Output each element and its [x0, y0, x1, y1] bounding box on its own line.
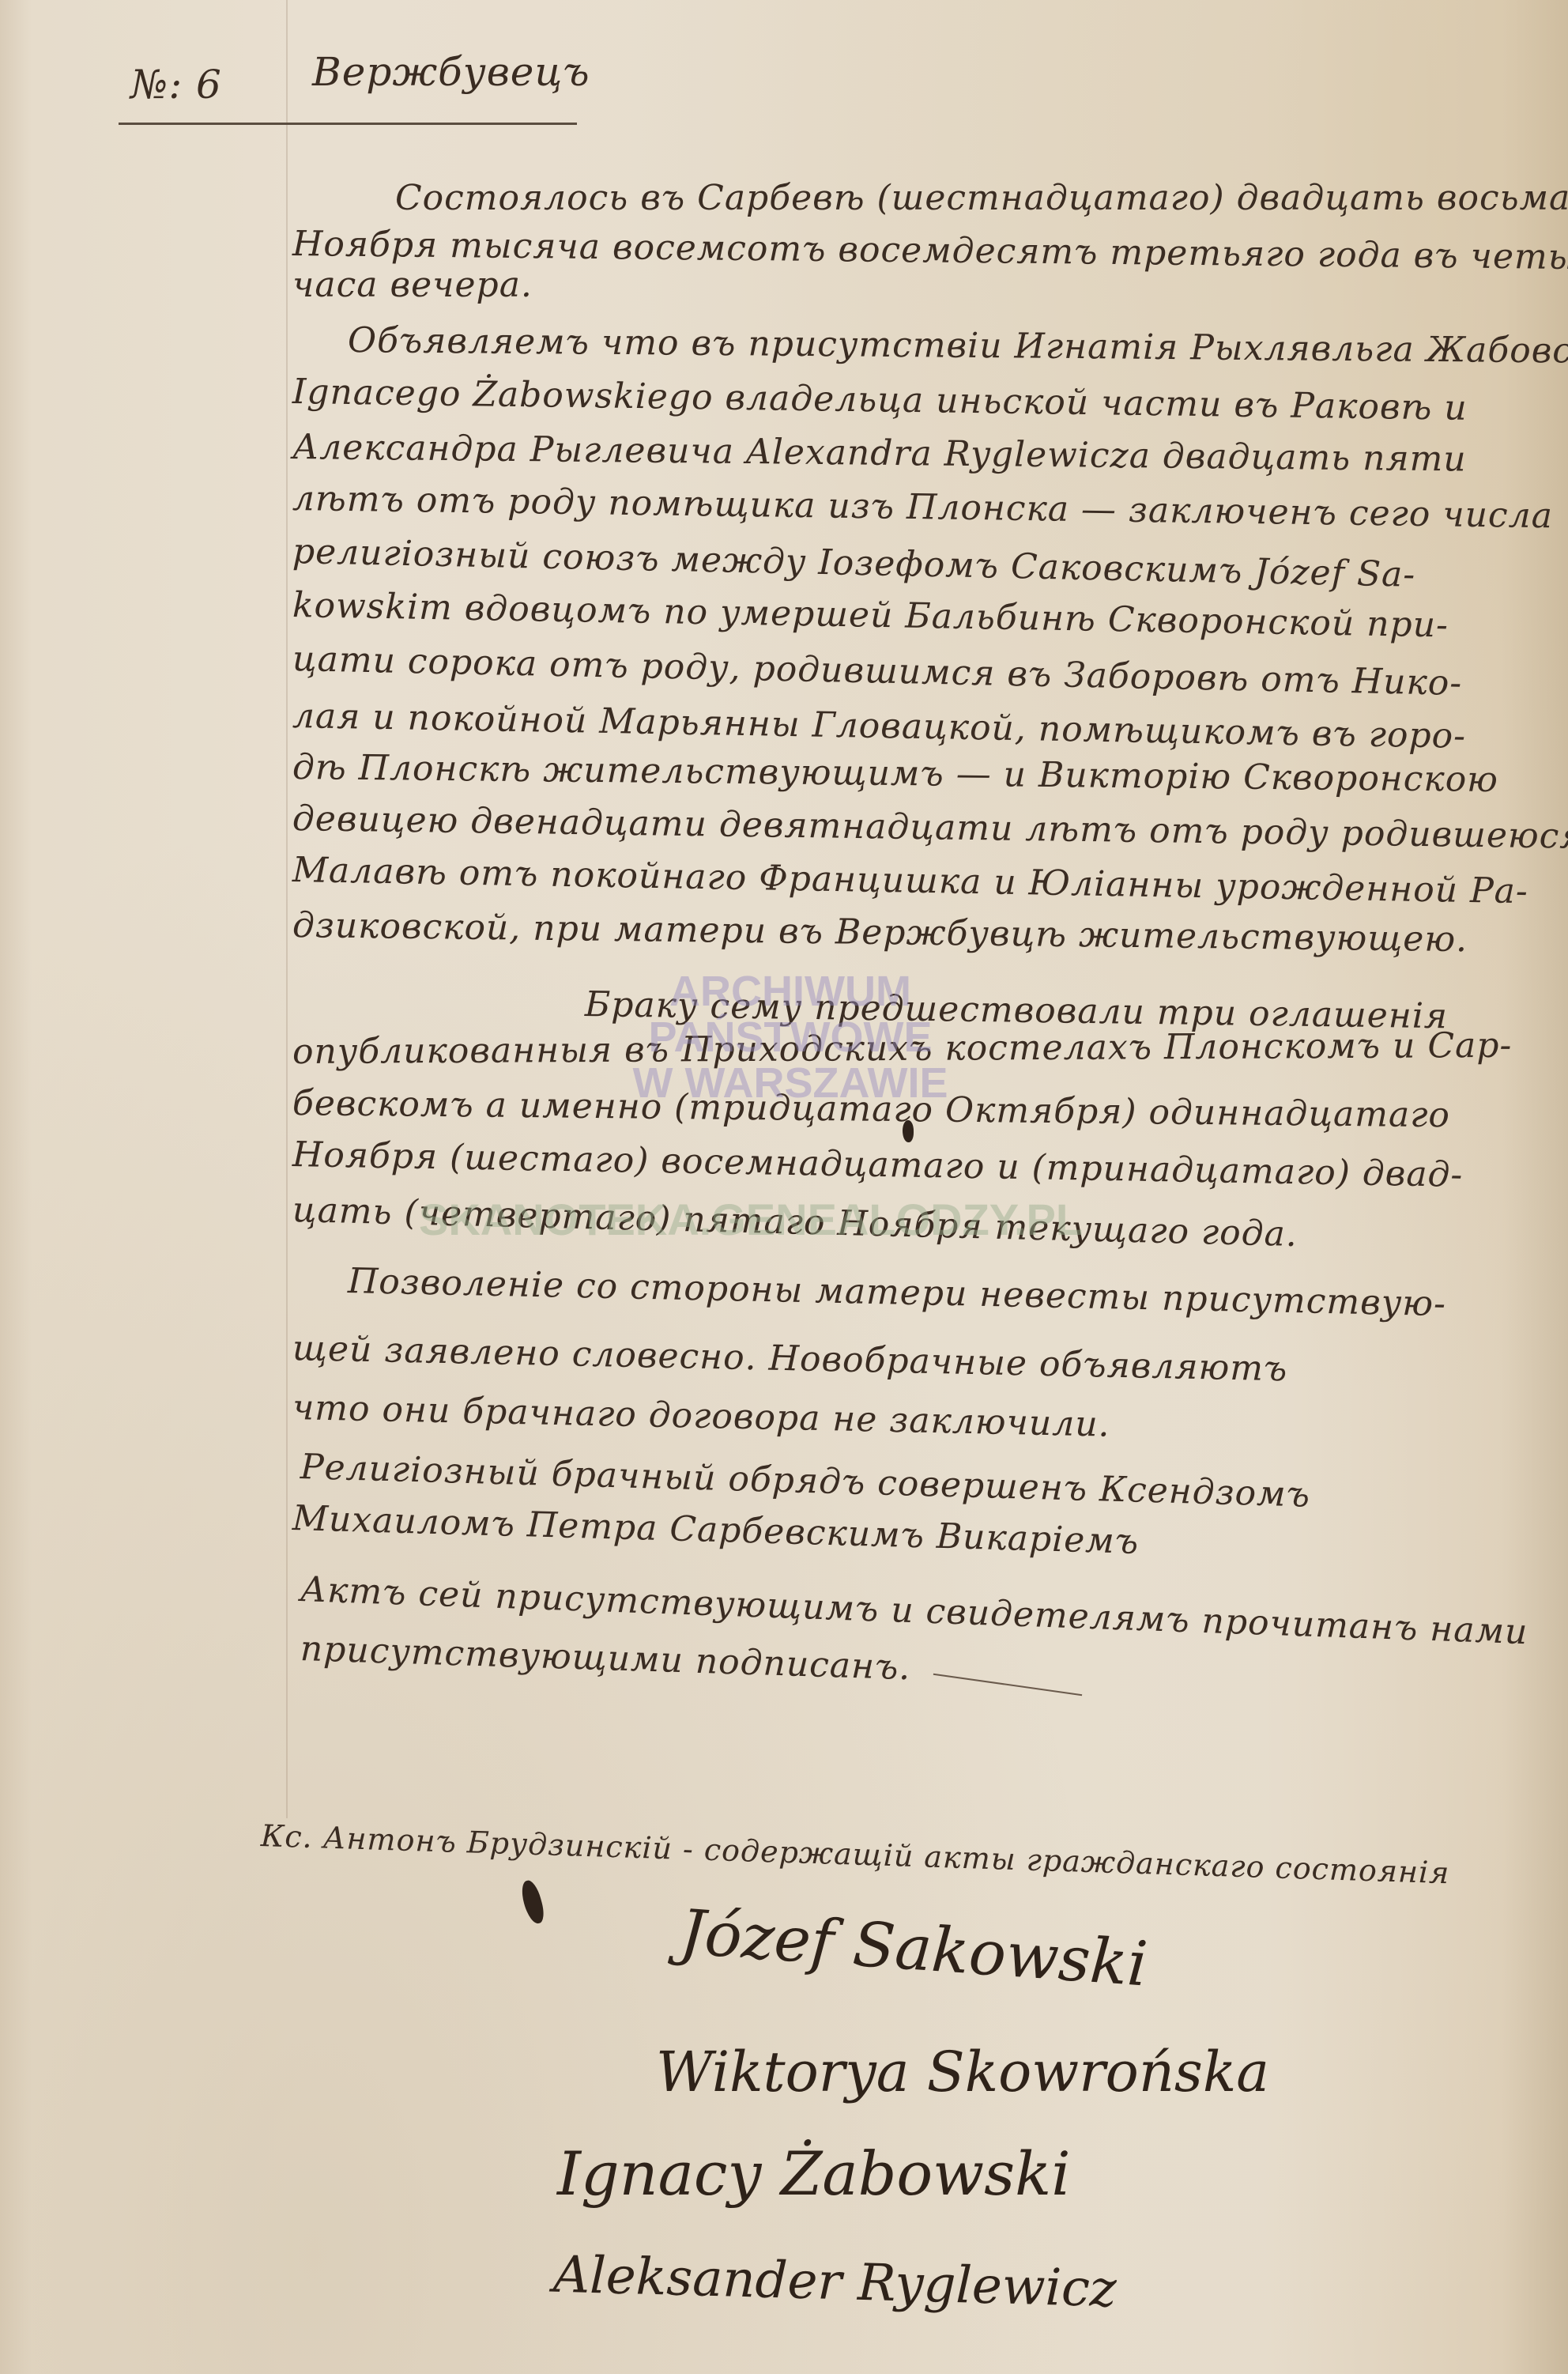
body-line: религіозный союзъ между Іозефомъ Саковск…	[292, 531, 1415, 595]
body-line: дѣ Плонскѣ жительствующимъ — и Викторію …	[292, 747, 1498, 800]
margin-rule	[286, 0, 288, 1818]
body-line: Объявляемъ что въ присутствіи Игнатія Ры…	[348, 320, 1568, 372]
document-page: №: 6 Вержбувецъ Состоялось въ Сарбевѣ (ш…	[0, 0, 1568, 2374]
body-line: цати сорока отъ роду, родившимся въ Забо…	[292, 639, 1462, 704]
closing-stroke	[933, 1674, 1082, 1696]
ink-blot	[518, 1878, 547, 1926]
record-number: №: 6	[130, 62, 222, 108]
body-line: Состоялось въ Сарбевѣ (шестнадцатаго) дв…	[395, 178, 1568, 218]
ink-blot	[903, 1120, 914, 1142]
body-line: Позволеніе со стороны матери невесты при…	[347, 1261, 1446, 1324]
body-line: Александра Рыглевича Alexandra Ryglewicz…	[292, 427, 1467, 480]
body-line: щей заявлено словесно. Новобрачные объяв…	[292, 1328, 1287, 1389]
body-line: что они брачнаго договора не заключили.	[292, 1387, 1110, 1445]
body-line: kowskim вдовцомъ по умершей Бальбинѣ Скв…	[292, 585, 1449, 646]
officiant-line: Кс. Антонъ Брудзинскій - содержащій акты…	[260, 1818, 1450, 1890]
body-line: бевскомъ а именно (тридцатаго Октября) о…	[292, 1083, 1450, 1135]
body-line: Ignacego Żabowskiego владельца иньской ч…	[292, 372, 1468, 428]
body-line: лѣтъ отъ роду помѣщика изъ Плонска — зак…	[292, 478, 1554, 536]
body-line: часа вечера.	[292, 265, 533, 305]
body-line: Малавѣ отъ покойнаго Францишка и Юліанны…	[292, 850, 1529, 911]
body-line: девицею двенадцати девятнадцати лѣтъ отъ…	[292, 798, 1568, 858]
body-line: Ноября (шестаго) восемнадцатаго и (трина…	[292, 1134, 1464, 1195]
body-line: опубликованныя въ Приходскихъ костелахъ …	[292, 1025, 1513, 1072]
signature-groom: Józef Sakowski	[678, 1897, 1150, 2000]
signature-witness-1: Ignacy Żabowski	[557, 2138, 1071, 2209]
signature-witness-2: Aleksander Ryglewicz	[552, 2246, 1117, 2319]
header-underline	[119, 123, 577, 125]
village-name: Вержбувецъ	[312, 49, 590, 95]
body-line: присутствующими подписанъ.	[300, 1629, 911, 1688]
body-line: лая и покойной Марьянны Гловацкой, помѣщ…	[292, 696, 1467, 757]
body-line: цать (четвертаго) пятаго Ноября текущаго…	[292, 1190, 1298, 1255]
body-line: дзиковской, при матери въ Вержбувцѣ жите…	[292, 905, 1468, 960]
body-line: Михаиломъ Петра Сарбевскимъ Викаріемъ	[292, 1498, 1139, 1562]
signature-bride: Wiktorya Skowrońska	[656, 2040, 1269, 2104]
